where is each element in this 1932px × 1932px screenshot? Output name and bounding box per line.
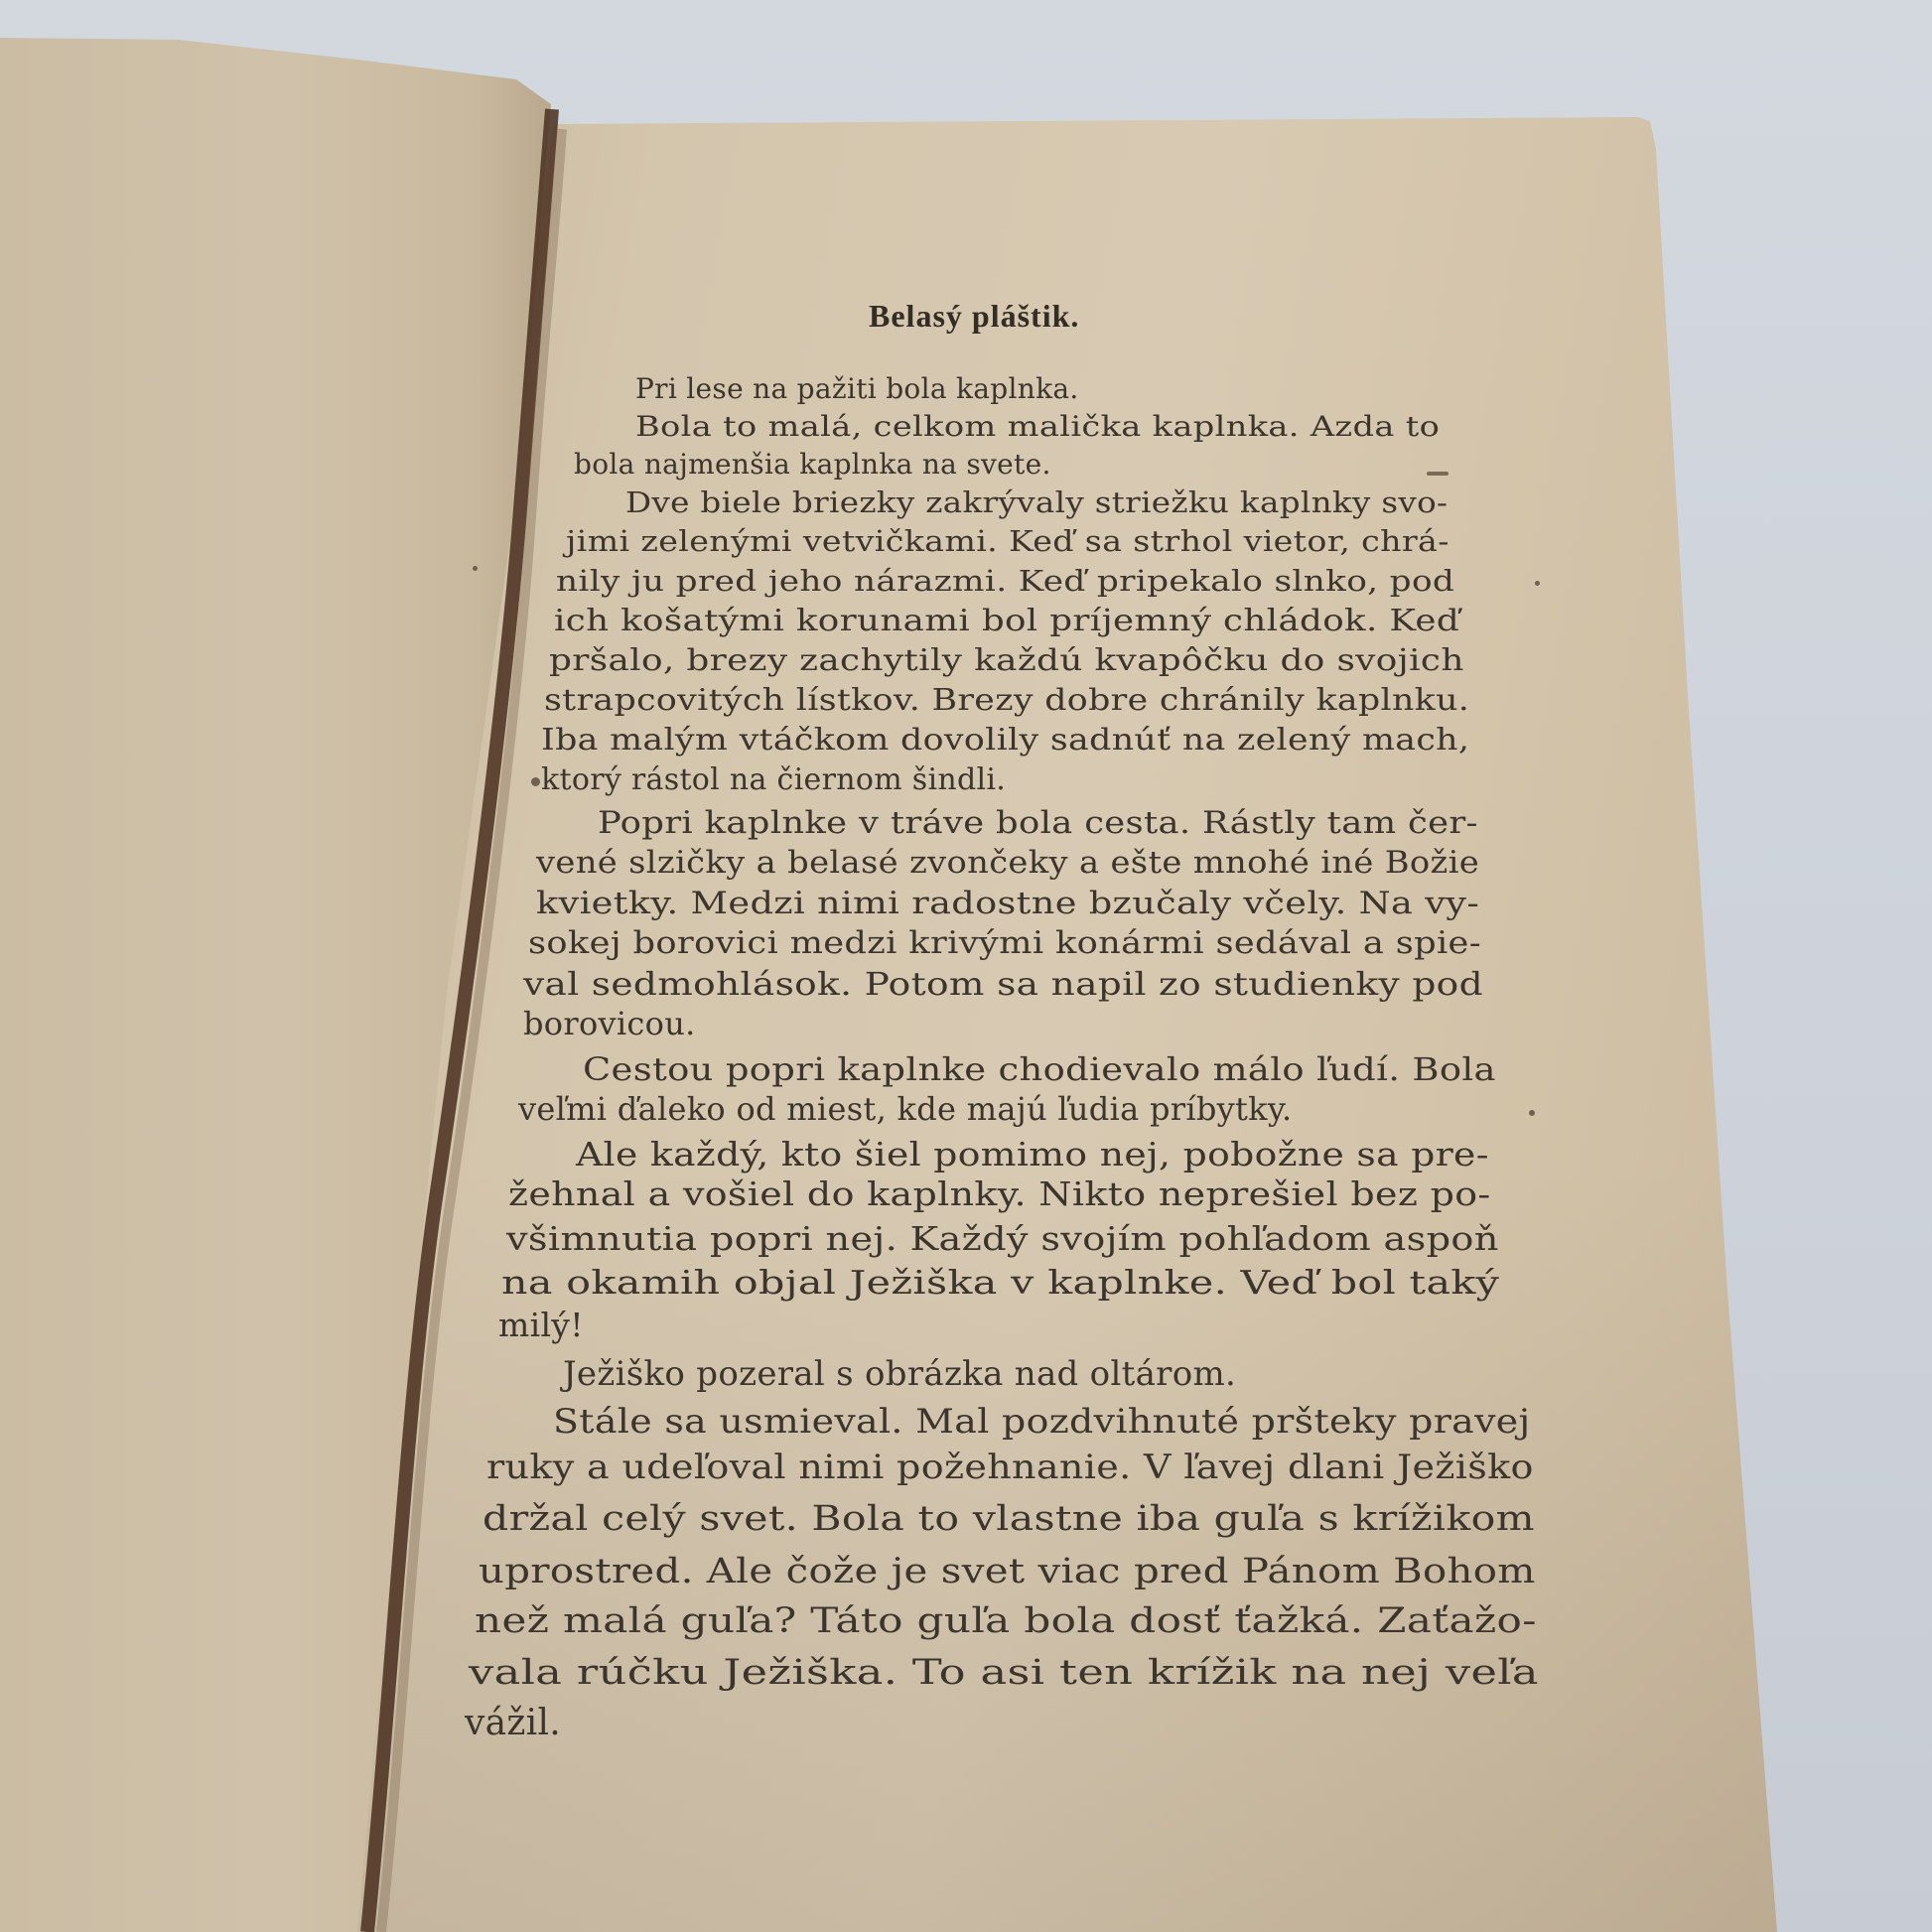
text-line: vené slzičky a belasé zvončeky a ešte mn…: [536, 845, 1479, 881]
paper-speck: [1427, 472, 1449, 476]
text-line: všimnutia popri nej. Každý svojím pohľad…: [506, 1219, 1499, 1258]
text-line: Iba malým vtáčkom dovolily sadnúť na zel…: [541, 723, 1469, 758]
text-line: veľmi ďaleko od miest, kde majú ľudia pr…: [518, 1090, 1292, 1128]
text-line: borovicou.: [523, 1005, 696, 1042]
text-line: strapcovitých lístkov. Brezy dobre chrán…: [544, 683, 1469, 718]
text-line: uprostred. Ale čože je svet viac pred Pá…: [479, 1552, 1536, 1591]
text-line: Ale každý, kto šiel pomimo nej, pobožne …: [576, 1135, 1489, 1173]
text-line: pršalo, brezy zachytily každú kvapôčku d…: [549, 643, 1464, 678]
text-line: na okamih objal Ježiška v kaplnke. Veď b…: [501, 1263, 1499, 1302]
page-text: Belasý pláštik. Pri lese na pažiti bola …: [0, 0, 1932, 1932]
text-line: vážil.: [465, 1703, 561, 1743]
paper-speck: [1535, 581, 1540, 586]
text-line: jimi zelenými vetvičkami. Keď sa strhol …: [566, 524, 1449, 558]
paper-speck: [473, 566, 478, 571]
text-line: Cestou popri kaplnke chodievalo málo ľud…: [583, 1050, 1496, 1088]
text-line: než malá guľa? Táto guľa bola dosť ťažká…: [475, 1601, 1537, 1641]
text-line: žehnal a vošiel do kaplnky. Nikto nepreš…: [508, 1174, 1491, 1213]
text-line: Pri lese na pažiti bola kaplnka.: [635, 372, 1079, 405]
text-line: nily ju pred jeho nárazmi. Keď pripekalo…: [556, 564, 1454, 598]
text-line: držal celý svet. Bola to vlastne iba guľ…: [483, 1499, 1535, 1539]
photo-scene: Belasý pláštik. Pri lese na pažiti bola …: [0, 0, 1932, 1932]
text-line: bola najmenšia kaplnka na svete.: [574, 448, 1051, 481]
text-line: sokej borovici medzi krivými konármi sed…: [528, 925, 1481, 961]
paper-speck: [531, 777, 540, 786]
text-line: ich košatými korunami bol príjemný chlád…: [554, 604, 1459, 638]
text-line: kvietky. Medzi nimi radostne bzučaly vče…: [536, 886, 1479, 921]
text-line: Stále sa usmieval. Mal pozdvihnuté pršte…: [553, 1402, 1531, 1442]
text-line: Bola to malá, celkom malička kaplnka. Az…: [635, 410, 1440, 443]
text-line: Popri kaplnke v tráve bola cesta. Rástly…: [598, 805, 1478, 841]
text-line: Dve biele briezky zakrývaly striežku kap…: [625, 485, 1448, 519]
text-line: val sedmohlások. Potom sa napil zo studi…: [523, 965, 1483, 1003]
paper-speck: [1529, 1110, 1535, 1116]
text-line: vala rúčku Ježiška. To asi ten krížik na…: [469, 1653, 1539, 1693]
text-line: ruky a udeľoval nimi požehnanie. V ľavej…: [486, 1448, 1534, 1487]
chapter-title: Belasý pláštik.: [869, 298, 1079, 335]
text-line: milý!: [498, 1306, 584, 1344]
text-line: Ježiško pozeral s obrázka nad oltárom.: [563, 1354, 1236, 1394]
text-line: ktorý rástol na čiernom šindli.: [541, 762, 1006, 797]
